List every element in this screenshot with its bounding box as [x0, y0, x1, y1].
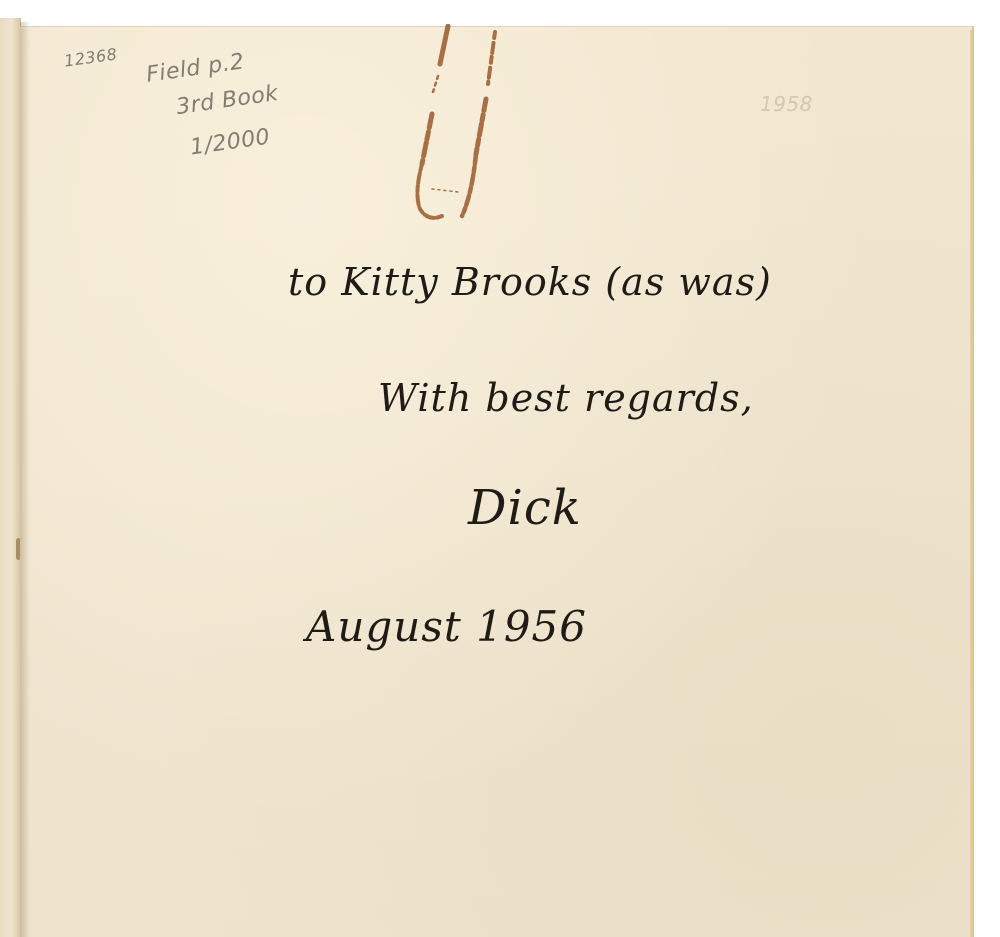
- inscription-regards: With best regards,: [378, 376, 754, 420]
- page-fore-edge: [970, 30, 974, 937]
- inscription-recipient: to Kitty Brooks (as was): [288, 260, 772, 304]
- gutter-shadow: [20, 22, 30, 937]
- pencil-faint-note: 1958: [760, 92, 813, 116]
- inscription-signature: Dick: [468, 480, 582, 536]
- paperclip-rust-stain: [400, 24, 510, 234]
- inscription-date: August 1956: [306, 602, 587, 651]
- book-spread: 12368 Field p.2 3rd Book 1/2000 1958 to …: [0, 0, 1000, 937]
- facing-page-edge: [0, 18, 21, 937]
